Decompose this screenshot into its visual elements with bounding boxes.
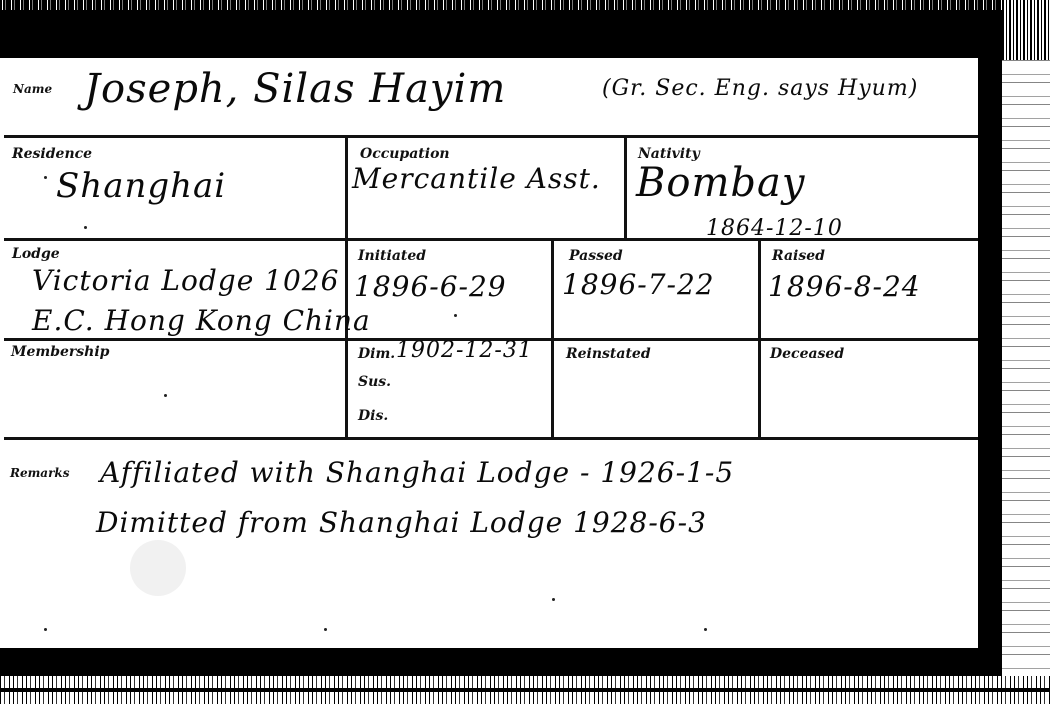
scan-noise-right [1002,0,1050,704]
scan-border-top [0,10,1000,58]
row-divider-membership [4,437,978,440]
record-card: Name Joseph, Silas Hayim (Gr. Sec. Eng. … [4,58,978,648]
remarks-label: Remarks [10,466,69,480]
scanned-document: Name Joseph, Silas Hayim (Gr. Sec. Eng. … [0,0,1050,704]
dim-value: 1902-12-31 [396,338,533,363]
lodge-line1: Victoria Lodge 1026 [32,264,339,297]
row-divider-name [4,135,978,138]
deceased-label: Deceased [770,346,844,362]
lodge-line2: E.C. Hong Kong China [32,304,371,337]
occupation-value: Mercantile Asst. [352,162,601,195]
dis-label: Dis. [358,408,388,424]
lodge-label: Lodge [12,246,60,262]
scan-speck [704,628,707,631]
paper-smudge [130,540,186,596]
initiated-value: 1896-6-29 [354,270,507,303]
scan-speck [44,176,47,179]
name-label: Name [13,82,52,96]
reinstated-label: Reinstated [566,346,651,362]
membership-label: Membership [11,344,109,360]
scan-noise-right-top [1002,0,1050,60]
scan-speck [324,628,327,631]
scan-speck [44,628,47,631]
scan-speck [454,314,457,317]
nativity-value: Bombay [636,160,805,206]
col-divider-nativity [624,135,627,239]
raised-label: Raised [772,248,825,264]
initiated-label: Initiated [358,248,426,264]
scan-speck [84,226,87,229]
remarks-line2: Dimitted from Shanghai Lodge 1928-6-3 [96,506,707,539]
col-divider-occupation [345,135,348,438]
name-value: Joseph, Silas Hayim [84,66,506,112]
residence-value: Shanghai [56,166,226,206]
dim-label: Dim. [358,346,395,362]
name-note: (Gr. Sec. Eng. says Hyum) [602,76,918,101]
occupation-label: Occupation [360,146,450,162]
scan-border-bottom [0,648,1002,678]
remarks-line1: Affiliated with Shanghai Lodge - 1926-1-… [100,456,734,489]
raised-value: 1896-8-24 [768,270,921,303]
nativity-date: 1864-12-10 [706,216,843,241]
scan-border-right [978,10,1002,670]
passed-label: Passed [569,248,623,264]
scan-noise-bottom [0,676,1050,704]
scan-speck [164,394,167,397]
passed-value: 1896-7-22 [562,268,715,301]
col-divider-raised [758,238,761,438]
residence-label: Residence [12,146,92,162]
scan-speck [552,598,555,601]
sus-label: Sus. [358,374,391,390]
col-divider-passed [551,238,554,438]
